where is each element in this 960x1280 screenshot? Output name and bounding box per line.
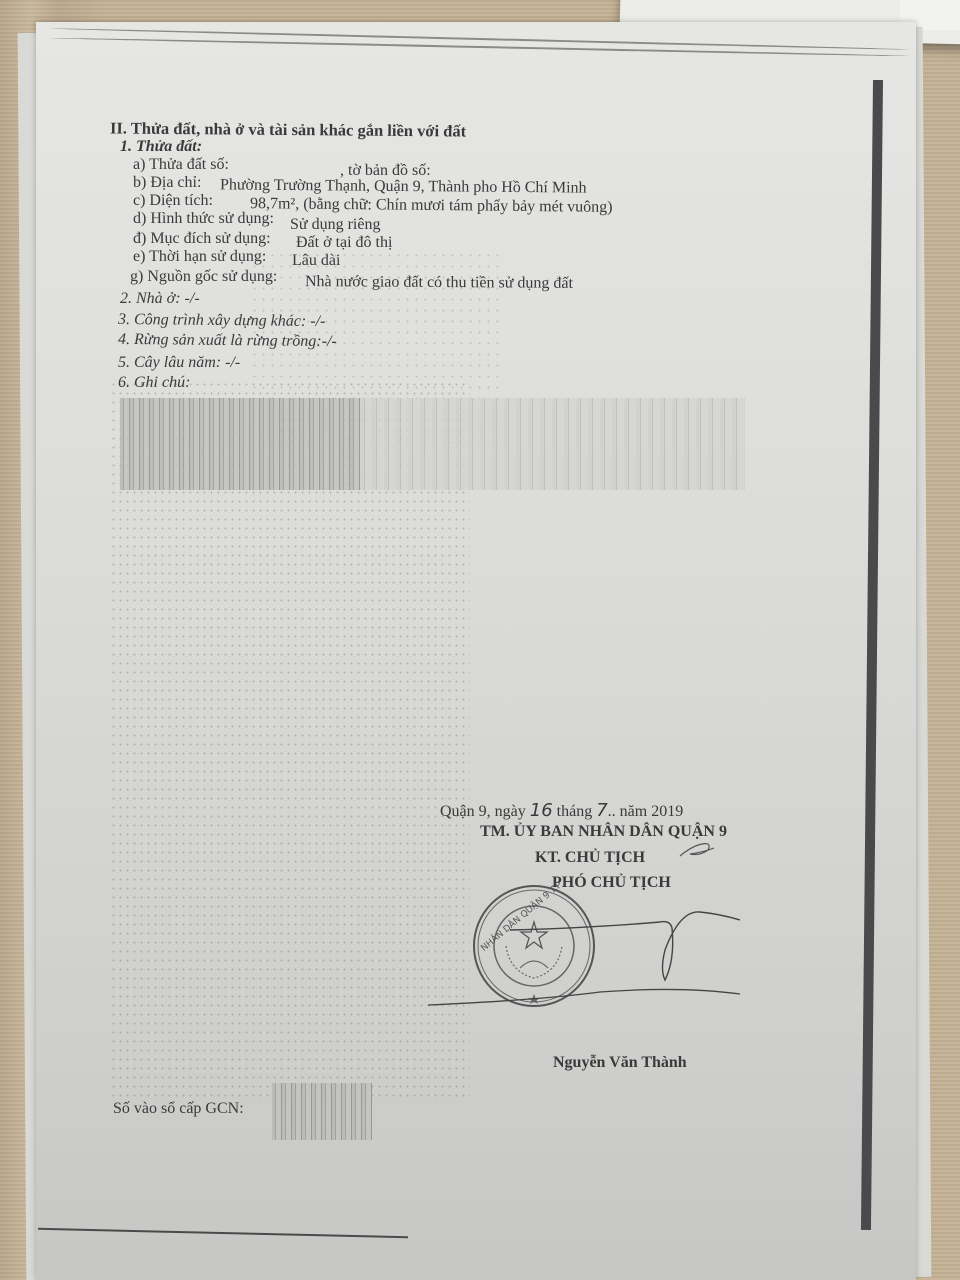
date-year: 2019	[651, 803, 683, 820]
usage-origin-label: g) Nguồn gốc sử dụng:	[130, 268, 277, 286]
perennial-section: 5. Cây lâu năm: -/-	[118, 354, 240, 372]
date-day: 16	[530, 800, 553, 821]
perennial-value: -/-	[225, 354, 240, 371]
land-parcel-heading: 1. Thửa đất:	[120, 138, 202, 156]
month-label: tháng	[557, 803, 593, 820]
address-label: b) Địa chỉ:	[133, 174, 201, 192]
redacted-notes-block-2	[360, 398, 745, 490]
date-line: Quận 9, ngày 16 tháng 7.. năm 2019	[440, 800, 683, 821]
parcel-number-label: a) Thửa đất số:	[133, 156, 229, 174]
area-label: c) Diện tích:	[133, 192, 213, 210]
other-construction-section: 3. Công trình xây dựng khác: -/-	[118, 311, 326, 331]
forest-label: 4. Rừng sản xuất là rừng trồng:	[118, 331, 322, 350]
area-value: 98,7m², (bằng chữ: Chín mươi tám phẩy bả…	[250, 195, 613, 217]
notes-section: 6. Ghi chú:	[118, 374, 190, 392]
usage-purpose-label: đ) Mục đích sử dụng:	[133, 230, 271, 248]
usage-term-label: e) Thời hạn sử dụng:	[133, 248, 266, 266]
date-month: 7	[596, 800, 607, 821]
date-prefix: Quận 9, ngày	[440, 803, 526, 820]
usage-term-value: Lâu dài	[292, 252, 340, 270]
other-construction-value: -/-	[310, 313, 325, 330]
registry-label: Số vào sổ cấp GCN:	[113, 1100, 244, 1118]
house-value: -/-	[185, 290, 200, 307]
redacted-registry-number	[272, 1083, 372, 1140]
perennial-label: 5. Cây lâu năm:	[118, 354, 221, 371]
forest-section: 4. Rừng sản xuất là rừng trồng:-/-	[118, 331, 337, 351]
usage-origin-value: Nhà nước giao đất có thu tiền sử dụng đấ…	[305, 273, 573, 293]
on-behalf-title: KT. CHỦ TỊCH	[535, 849, 645, 867]
house-section: 2. Nhà ở: -/-	[120, 290, 200, 308]
initials-mark	[678, 838, 718, 862]
usage-form-label: d) Hình thức sử dụng:	[133, 210, 274, 228]
signer-name: Nguyễn Văn Thành	[553, 1054, 687, 1072]
handwritten-signature	[420, 900, 740, 1010]
usage-form-value: Sử dụng riêng	[290, 216, 380, 234]
house-label: 2. Nhà ở:	[120, 290, 181, 307]
year-label: năm	[620, 803, 648, 820]
usage-purpose-value: Đất ở tại đô thị	[296, 234, 392, 252]
notes-label: 6. Ghi chú:	[118, 374, 190, 391]
forest-value: -/-	[322, 333, 337, 350]
other-construction-label: 3. Công trình xây dựng khác:	[118, 311, 306, 330]
redacted-notes-block	[120, 398, 360, 490]
